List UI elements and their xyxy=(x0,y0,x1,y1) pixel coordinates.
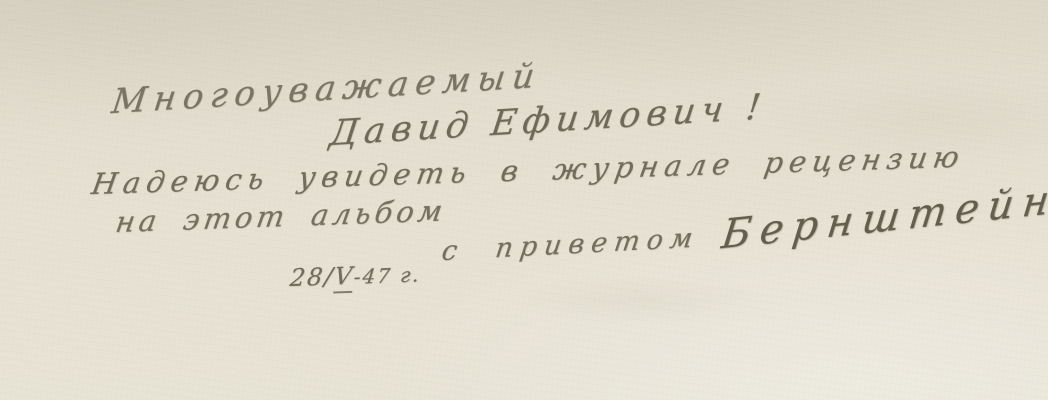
date: 28/V-47 г. xyxy=(289,259,423,292)
signature: Бернштейн xyxy=(719,176,1048,258)
date-day-part: 28/ xyxy=(289,262,337,292)
handwritten-note-paper: Многоуважаемый Давид Ефимович ! Надеюсь … xyxy=(0,0,1048,400)
closing-salutation: с приветом xyxy=(440,222,702,267)
body-line-2: на этот альбом xyxy=(113,193,448,239)
body-line-1: Надеюсь увидеть в журнале рецензию xyxy=(89,139,967,201)
date-year-part: -47 г. xyxy=(353,262,423,288)
